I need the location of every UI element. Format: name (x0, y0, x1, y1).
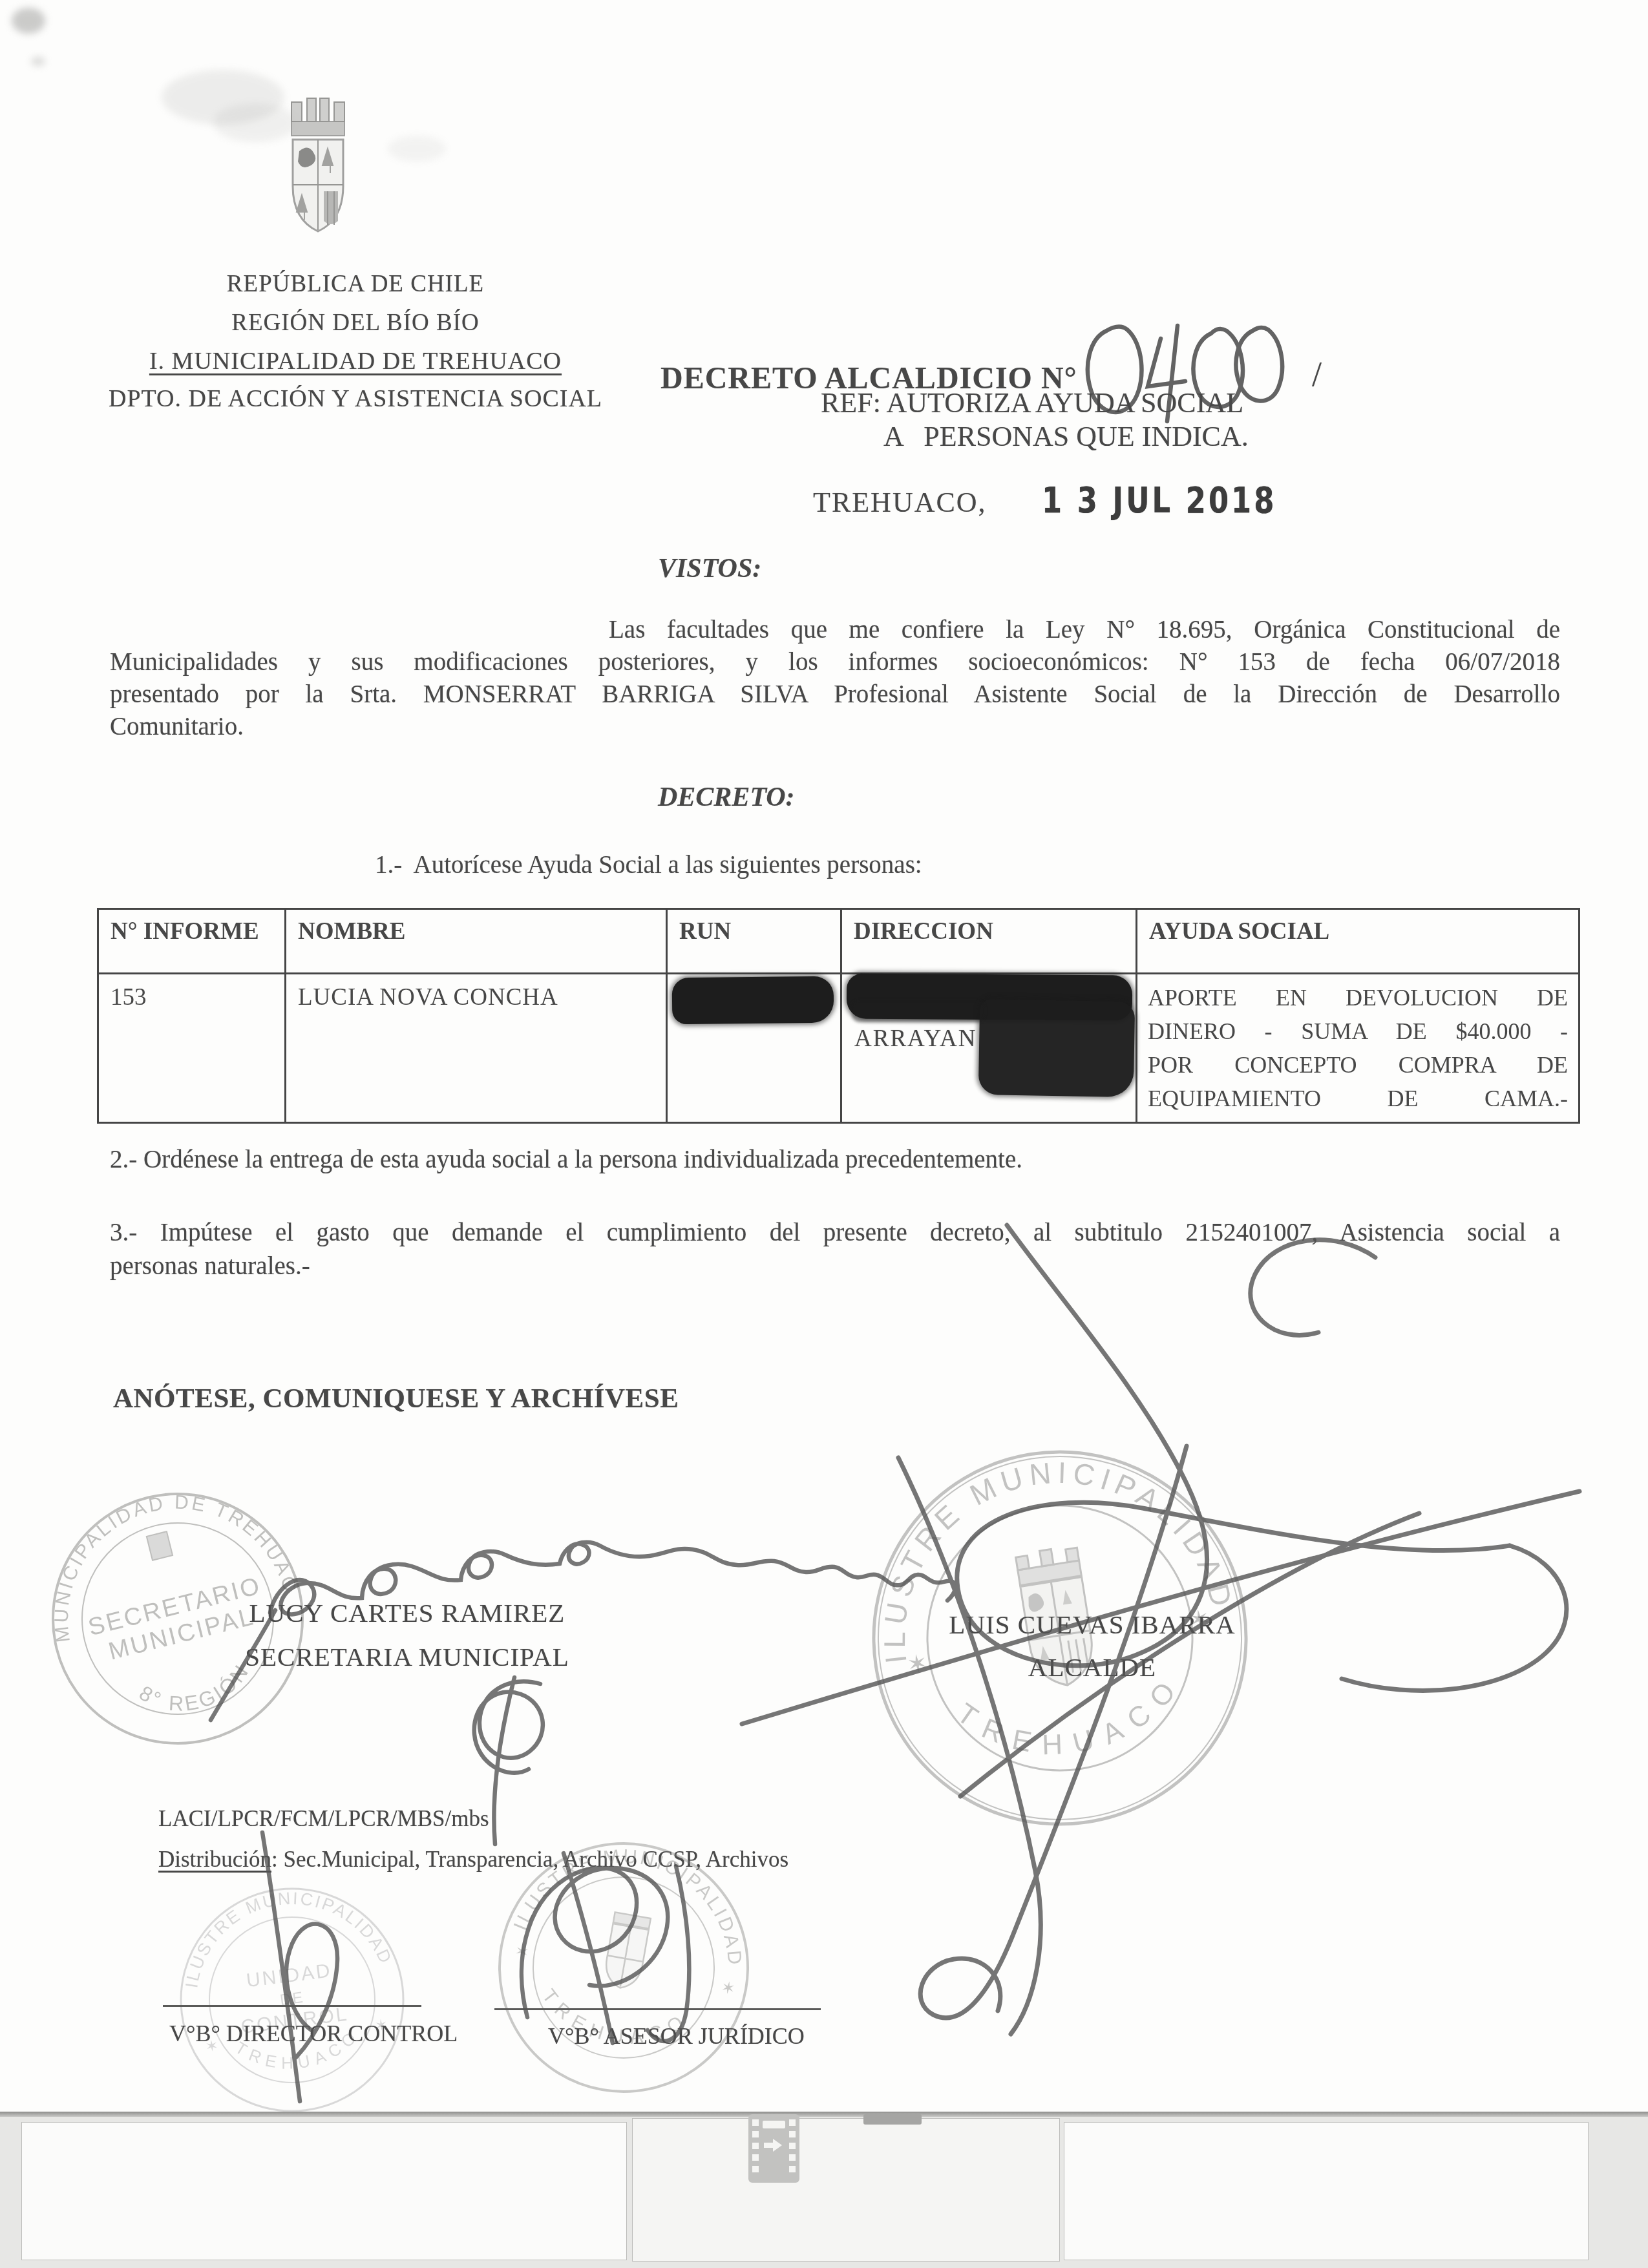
responsibility-initials: LACI/LPCR/FCM/LPCR/MBS/mbs (158, 1806, 489, 1832)
letterhead-region: REGIÓN DEL BÍO BÍO (103, 309, 607, 337)
scan-smudge (31, 57, 45, 66)
vistos-heading: VISTOS: (658, 553, 761, 584)
alcalde-signature (1342, 1546, 1567, 1691)
initials-scribble (474, 1681, 543, 1773)
initials-scribble (494, 1677, 514, 1844)
scan-smudge (388, 136, 446, 162)
vistos-line: Municipalidades y sus modificaciones pos… (110, 646, 1560, 678)
col-header-direccion: DIRECCION (841, 909, 1137, 974)
decreto-item-1: 1.- Autorícese Ayuda Social a las siguie… (375, 850, 922, 879)
direccion-redaction-bar (978, 999, 1136, 1097)
decreto-heading: DECRETO: (658, 782, 795, 813)
ayuda-line: POR CONCEPTO COMPRA DE (1148, 1048, 1568, 1082)
scan-band-panel (632, 2118, 1060, 2262)
letterhead: REPÚBLICA DE CHILE REGIÓN DEL BÍO BÍO I.… (103, 270, 607, 413)
signatory-left-title: SECRETARIA MUNICIPAL (213, 1641, 601, 1672)
director-control-signature (262, 1832, 300, 2101)
stamp-star-icon: ✶ (513, 1941, 531, 1962)
beneficiaries-table-grid: N° INFORME NOMBRE RUN DIRECCION AYUDA SO… (97, 908, 1580, 1124)
scan-smudge (12, 8, 45, 34)
scan-band-panel (21, 2122, 627, 2260)
col-header-ayuda-social: AYUDA SOCIAL (1137, 909, 1579, 974)
asesor-juridico-signature (564, 1853, 613, 2043)
vistos-line: Comunitario. (110, 711, 1560, 743)
scan-bottom-band (0, 2112, 1648, 2268)
stamp-star-icon: ✶ (720, 1977, 737, 1999)
col-header-run: RUN (667, 909, 841, 974)
ref-line-1: REF: AUTORIZA AYUDA SOCIAL (821, 386, 1243, 419)
vb-asesor-label: V°B° ASESOR JURÍDICO (548, 2022, 805, 2050)
decreto-item-2: 2.- Ordénese la entrega de esta ayuda so… (110, 1145, 1022, 1174)
svg-text:ILUSTRE MUNICIPALIDAD: ILUSTRE MUNICIPALIDAD (171, 1876, 397, 1992)
signatory-right-name: LUIS CUEVAS IBARRA (898, 1609, 1286, 1640)
alcalde-signature (742, 1491, 1579, 1724)
dateline-place: TREHUACO, (813, 486, 987, 519)
filmstrip-icon (743, 2114, 805, 2185)
vistos-line: presentado por la Srta. MONSERRAT BARRIG… (110, 678, 1560, 711)
alcalde-signature (920, 1446, 1187, 2018)
col-header-nombre: NOMBRE (286, 909, 667, 974)
scan-band-panel (1064, 2122, 1589, 2260)
asesor-juridico-signature (522, 1868, 668, 2017)
item-3-line: personas naturales.- (110, 1250, 1560, 1283)
vb-director-rule (163, 2005, 421, 2007)
asesor-juridico-signature (648, 1866, 689, 2041)
ayuda-line: EQUIPAMIENTO DE CAMA.- (1148, 1082, 1568, 1115)
date-stamp: 1 3 JUL 2018 (1042, 479, 1276, 521)
cell-ayuda-social: APORTE EN DEVOLUCION DE DINERO - SUMA DE… (1137, 974, 1579, 1123)
cell-informe: 153 (98, 974, 286, 1123)
beneficiaries-table: N° INFORME NOMBRE RUN DIRECCION AYUDA SO… (97, 908, 1578, 1113)
distribution-line: Distribución: Sec.Municipal, Transparenc… (158, 1847, 788, 1873)
ref-line-2: A PERSONAS QUE INDICA. (883, 420, 1249, 453)
decreto-item-3: 3.- Impútese el gasto que demande el cum… (110, 1216, 1560, 1283)
signatory-left-name: LUCY CARTES RAMIREZ (213, 1597, 601, 1628)
vb-asesor-rule (494, 2008, 821, 2010)
vistos-line: Las facultades que me confiere la Ley N°… (110, 614, 1560, 646)
table-row: 153 LUCIA NOVA CONCHA APORTE EN DEVOLUCI… (98, 974, 1579, 1123)
vistos-paragraph: Las facultades que me confiere la Ley N°… (110, 614, 1560, 743)
letterhead-department: DPTO. DE ACCIÓN Y ASISTENCIA SOCIAL (103, 384, 607, 413)
ayuda-line: APORTE EN DEVOLUCION DE (1148, 981, 1568, 1014)
item-3-line: 3.- Impútese el gasto que demande el cum… (110, 1216, 1560, 1250)
alcalde-signature (957, 1225, 1510, 1666)
stamp-ring-text: ILUSTRE MUNICIPALIDAD (171, 1876, 397, 1992)
scanned-decree-document: REPÚBLICA DE CHILE REGIÓN DEL BÍO BÍO I.… (0, 0, 1648, 2268)
ayuda-line: DINERO - SUMA DE $40.000 - (1148, 1014, 1568, 1048)
direccion-ghost-text: ARRAYAN (854, 1025, 977, 1053)
letterhead-country: REPÚBLICA DE CHILE (103, 270, 607, 298)
distribution-label: Distribución (158, 1847, 271, 1872)
stamp-text: UNIDAD (245, 1960, 333, 1991)
signatory-left: LUCY CARTES RAMIREZ SECRETARIA MUNICIPAL (213, 1597, 601, 1672)
closing-formula: ANÓTESE, COMUNIQUESE Y ARCHÍVESE (113, 1383, 679, 1414)
direccion-redaction-bar (852, 1000, 984, 1022)
run-redaction-bar (672, 976, 834, 1025)
distribution-list: : Sec.Municipal, Transparencia, Archivo … (271, 1847, 788, 1872)
alcalde-signature (898, 1458, 1041, 2034)
coat-of-arms (282, 97, 354, 244)
letterhead-municipality: I. MUNICIPALIDAD DE TREHUACO (103, 347, 607, 375)
col-header-informe: N° INFORME (98, 909, 286, 974)
asesor-juridico-stamp: ILUSTRE MUNICIPALIDAD TREHUACO ✶ ✶ (488, 1832, 759, 2103)
signatory-right: LUIS CUEVAS IBARRA ALCALDE (898, 1609, 1286, 1683)
unidad-control-stamp: ILUSTRE MUNICIPALIDAD UNIDAD DE CONTROL … (169, 1877, 415, 2123)
cell-nombre: LUCIA NOVA CONCHA (286, 974, 667, 1123)
signatory-right-title: ALCALDE (898, 1652, 1286, 1683)
decree-number-separator: / (1312, 354, 1322, 394)
scan-band-tab (863, 2114, 922, 2125)
vb-director-label: V°B° DIRECTOR CONTROL (169, 2020, 458, 2047)
